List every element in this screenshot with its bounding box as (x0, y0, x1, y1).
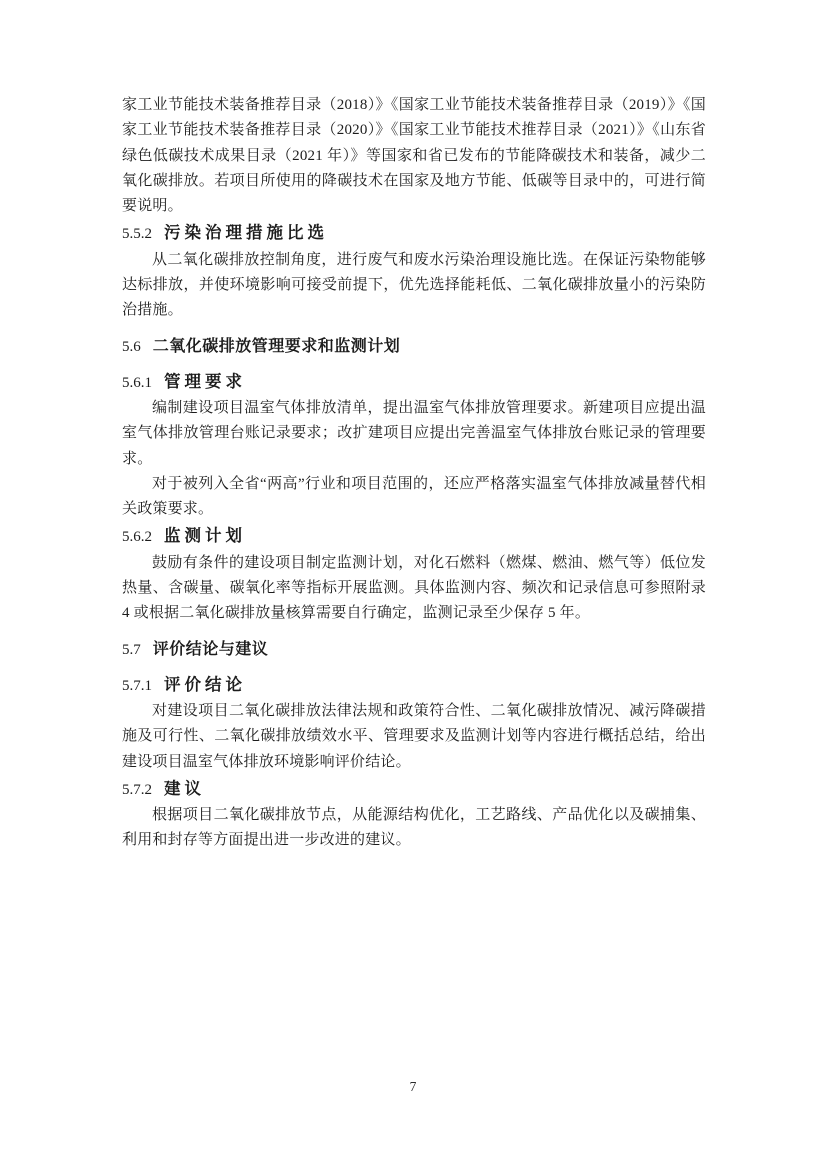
heading-number: 5.7 (122, 642, 141, 658)
section-heading-5-6: 5.6二氧化碳排放管理要求和监测计划 (122, 333, 706, 361)
heading-number: 5.6 (122, 339, 141, 355)
heading-number: 5.5.2 (122, 226, 152, 242)
paragraph: 根据项目二氧化碳排放节点，从能源结构优化，工艺路线、产品优化以及碳捕集、利用和封… (122, 803, 706, 854)
document-body: 家工业节能技术装备推荐目录（2018）》《国家工业节能技术装备推荐目录（2019… (122, 93, 706, 854)
heading-title: 管理要求 (164, 373, 246, 391)
paragraph-continued: 家工业节能技术装备推荐目录（2018）》《国家工业节能技术装备推荐目录（2019… (122, 93, 706, 219)
section-heading-5-6-2: 5.6.2监测计划 (122, 524, 706, 550)
section-heading-5-5-2: 5.5.2污染治理措施比选 (122, 221, 706, 247)
section-heading-5-7-2: 5.7.2建议 (122, 777, 706, 803)
document-page: 家工业节能技术装备推荐目录（2018）》《国家工业节能技术装备推荐目录（2019… (0, 0, 826, 1169)
heading-title: 污染治理措施比选 (164, 224, 328, 242)
section-heading-5-7-1: 5.7.1评价结论 (122, 673, 706, 699)
page-number: 7 (0, 1079, 826, 1095)
heading-title: 二氧化碳排放管理要求和监测计划 (153, 338, 401, 355)
heading-number: 5.7.2 (122, 782, 152, 798)
section-heading-5-7: 5.7评价结论与建议 (122, 636, 706, 664)
section-heading-5-6-1: 5.6.1管理要求 (122, 370, 706, 396)
heading-number: 5.6.1 (122, 375, 152, 391)
paragraph: 对于被列入全省“两高”行业和项目范围的，还应严格落实温室气体排放减量替代相关政策… (122, 472, 706, 523)
heading-title: 评价结论 (164, 676, 246, 694)
heading-title: 评价结论与建议 (153, 641, 269, 658)
paragraph: 对建设项目二氧化碳排放法律法规和政策符合性、二氧化碳排放情况、减污降碳措施及可行… (122, 699, 706, 775)
heading-title: 建议 (164, 780, 205, 798)
heading-number: 5.7.1 (122, 678, 152, 694)
paragraph: 鼓励有条件的建设项目制定监测计划，对化石燃料（燃煤、燃油、燃气等）低位发热量、含… (122, 551, 706, 627)
heading-title: 监测计划 (164, 527, 246, 545)
paragraph: 从二氧化碳排放控制角度，进行废气和废水污染治理设施比选。在保证污染物能够达标排放… (122, 248, 706, 324)
paragraph: 编制建设项目温室气体排放清单，提出温室气体排放管理要求。新建项目应提出温室气体排… (122, 396, 706, 472)
heading-number: 5.6.2 (122, 529, 152, 545)
